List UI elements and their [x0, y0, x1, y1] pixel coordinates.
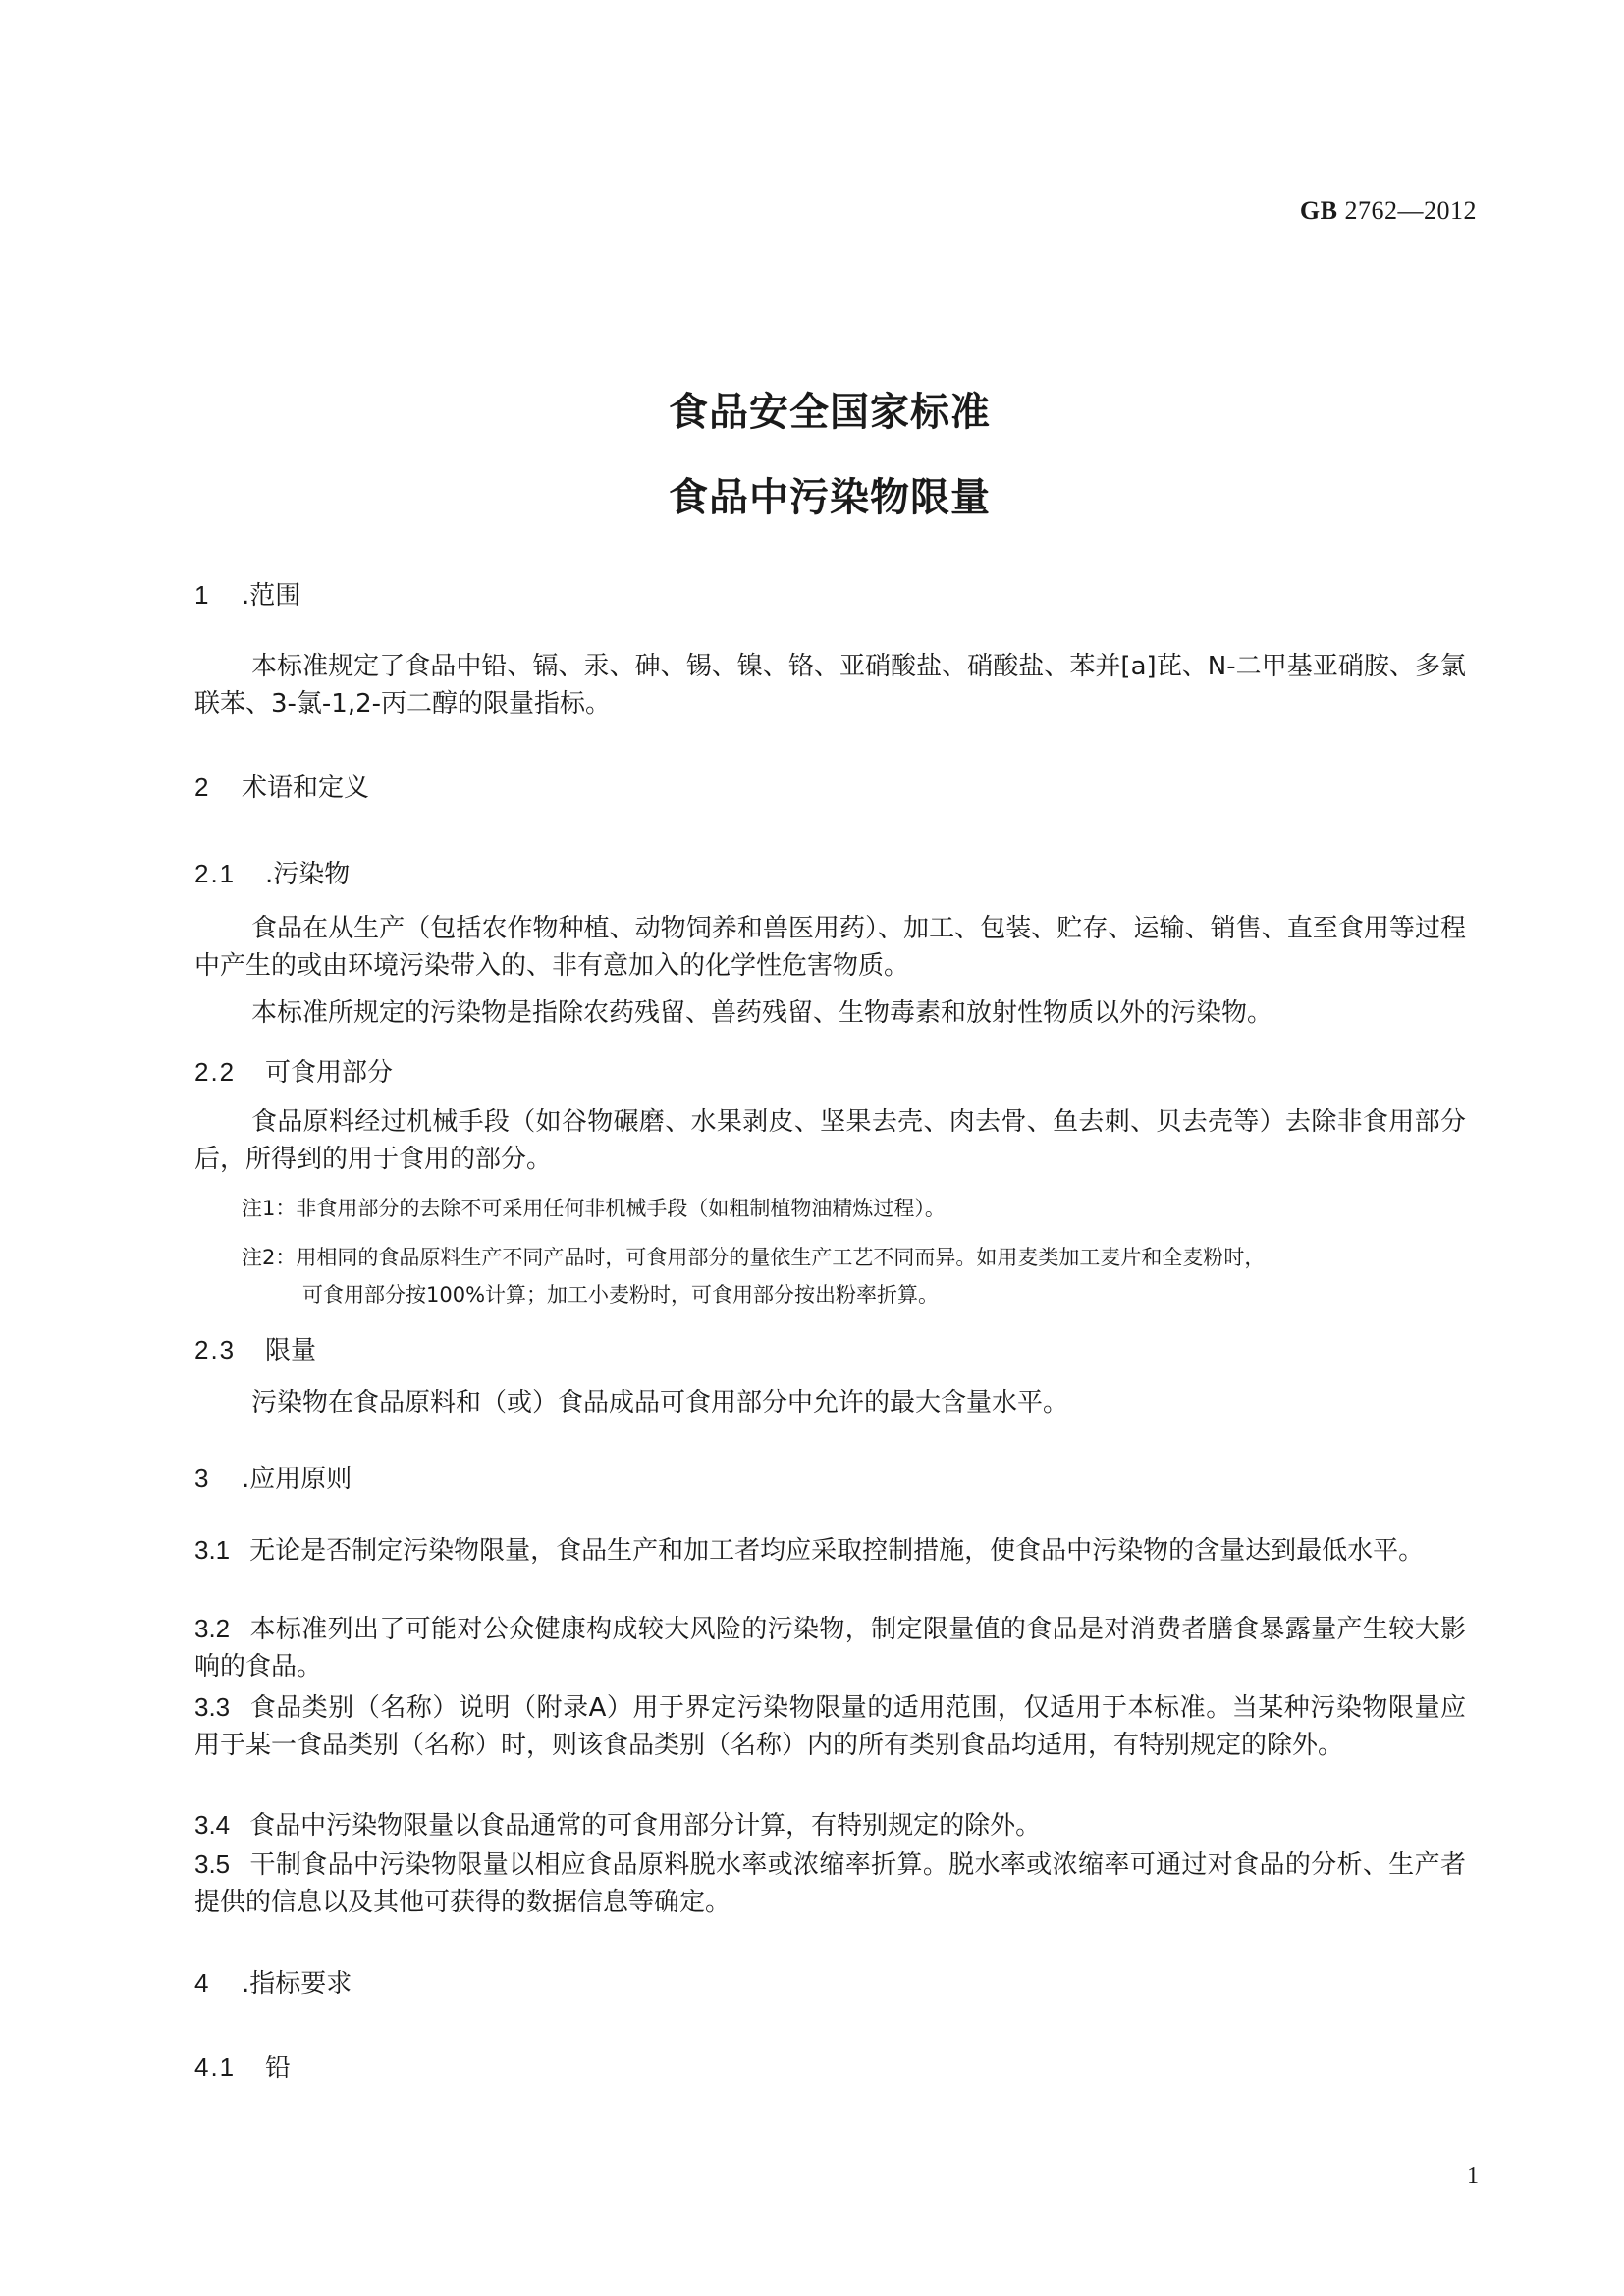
section-1-heading: 1.范围: [194, 575, 300, 612]
clause-text: 食品中污染物限量以食品通常的可食用部分计算，有特别规定的除外。: [249, 1811, 1041, 1841]
clause-3-4: 3.4食品中污染物限量以食品通常的可食用部分计算，有特别规定的除外。: [194, 1806, 1466, 1844]
section-2-2-heading: 2.2可食用部分: [194, 1052, 393, 1089]
section-number: 2.1: [194, 859, 265, 889]
clause-number: 3.5: [194, 1849, 230, 1879]
clause-text: 食品类别（名称）说明（附录A）用于界定污染物限量的适用范围，仅适用于本标准。当某…: [194, 1693, 1466, 1760]
note-1: 注1：非食用部分的去除不可采用任何非机械手段（如粗制植物油精炼过程）。: [242, 1190, 1469, 1227]
section-3-heading: 3.应用原则: [194, 1459, 352, 1495]
clause-number: 3.2: [194, 1614, 230, 1643]
clause-3-2: 3.2本标准列出了可能对公众健康构成较大风险的污染物，制定限量值的食品是对消费者…: [194, 1610, 1466, 1685]
note-2-line-1: 注2：用相同的食品原料生产不同产品时，可食用部分的量依生产工艺不同而异。如用麦类…: [242, 1246, 1265, 1269]
clause-text: 本标准列出了可能对公众健康构成较大风险的污染物，制定限量值的食品是对消费者膳食暴…: [194, 1615, 1466, 1682]
section-title: .应用原则: [242, 1465, 352, 1494]
section-title: 术语和定义: [242, 774, 369, 803]
standard-code-prefix: GB: [1300, 196, 1338, 225]
section-2-heading: 2术语和定义: [194, 768, 369, 804]
section-title: .污染物: [265, 860, 350, 889]
section-4-1-heading: 4.1铅: [194, 2048, 291, 2084]
clause-number: 3.3: [194, 1692, 230, 1722]
section-4-heading: 4.指标要求: [194, 1963, 352, 2000]
section-number: 2.3: [194, 1335, 265, 1365]
standard-code-number: 2762—2012: [1345, 196, 1478, 225]
section-2-1-paragraph-1: 食品在从生产（包括农作物种植、动物饲养和兽医用药）、加工、包装、贮存、运输、销售…: [194, 910, 1466, 985]
clause-number: 3.4: [194, 1810, 230, 1840]
note-2-line-2: 可食用部分按100%计算；加工小麦粉时，可食用部分按出粉率折算。: [242, 1276, 1469, 1313]
section-number: 2: [194, 773, 242, 803]
clause-3-3: 3.3食品类别（名称）说明（附录A）用于界定污染物限量的适用范围，仅适用于本标准…: [194, 1688, 1466, 1764]
section-1-paragraph: 本标准规定了食品中铅、镉、汞、砷、锡、镍、铬、亚硝酸盐、硝酸盐、苯并[a]芘、N…: [194, 648, 1466, 722]
section-2-3-heading: 2.3限量: [194, 1330, 316, 1366]
section-title: .指标要求: [242, 1969, 352, 1999]
document-title-line2: 食品中污染物限量: [0, 466, 1624, 522]
clause-text: 干制食品中污染物限量以相应食品原料脱水率或浓缩率折算。脱水率或浓缩率可通过对食品…: [194, 1850, 1466, 1917]
section-title: 限量: [265, 1336, 316, 1365]
section-title: 可食用部分: [265, 1058, 393, 1088]
section-number: 3: [194, 1464, 242, 1494]
section-number: 4: [194, 1968, 242, 1999]
clause-3-1: 3.1无论是否制定污染物限量，食品生产和加工者均应采取控制措施，使食品中污染物的…: [194, 1531, 1466, 1570]
page-number: 1: [1467, 2163, 1479, 2190]
section-2-1-heading: 2.1.污染物: [194, 854, 350, 890]
section-title: .范围: [242, 581, 300, 611]
section-number: 1: [194, 580, 242, 611]
section-title: 铅: [265, 2054, 291, 2083]
clause-3-5: 3.5干制食品中污染物限量以相应食品原料脱水率或浓缩率折算。脱水率或浓缩率可通过…: [194, 1845, 1466, 1921]
standard-code: GB 2762—2012: [1300, 196, 1477, 226]
section-2-3-paragraph: 污染物在食品原料和（或）食品成品可食用部分中允许的最大含量水平。: [194, 1384, 1466, 1421]
clause-number: 3.1: [194, 1535, 230, 1565]
note-2: 注2：用相同的食品原料生产不同产品时，可食用部分的量依生产工艺不同而异。如用麦类…: [242, 1239, 1469, 1313]
clause-text: 无论是否制定污染物限量，食品生产和加工者均应采取控制措施，使食品中污染物的含量达…: [249, 1536, 1424, 1566]
section-2-2-paragraph: 食品原料经过机械手段（如谷物碾磨、水果剥皮、坚果去壳、肉去骨、鱼去刺、贝去壳等）…: [194, 1103, 1466, 1178]
section-2-1-paragraph-2: 本标准所规定的污染物是指除农药残留、兽药残留、生物毒素和放射性物质以外的污染物。: [194, 994, 1466, 1032]
document-title-line1: 食品安全国家标准: [0, 381, 1624, 437]
section-number: 4.1: [194, 2053, 265, 2083]
section-number: 2.2: [194, 1057, 265, 1088]
